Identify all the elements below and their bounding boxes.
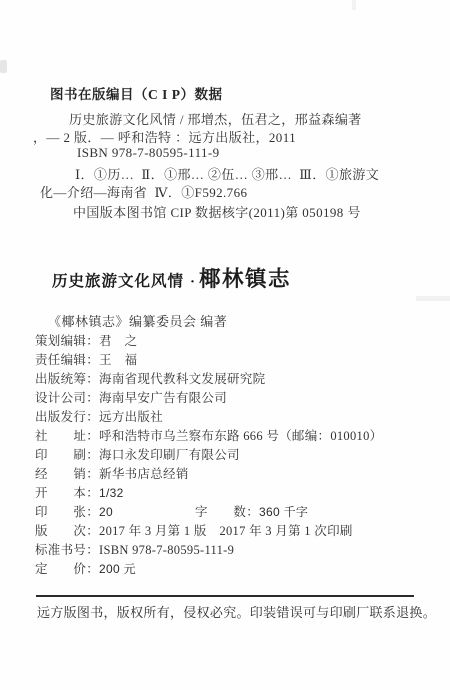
cip-classification-line2: 化—介绍—海南省 Ⅳ．①F592.766 [40,182,247,201]
field-value: 新华书店总经销 [99,467,189,481]
field-value: 2017 年 3 月第 1 版 2017 年 3 月第 1 次印刷 [99,524,353,538]
copyright-notice: 远方版图书，版权所有，侵权必究。印装错误可与印刷厂联系退换。 [37,602,436,621]
colophon-row-address: 社 址：呼和浩特市乌兰察布东路 666 号（邮编：010010） [35,427,425,446]
footer-divider [36,595,414,597]
field-label: 经 销： [35,467,99,481]
field-label: 策划编辑： [35,334,99,348]
field-label: 出版发行： [35,410,99,424]
colophon-row-distributor: 经 销：新华书店总经销 [35,465,425,484]
field-label: 开 本： [35,486,99,500]
cip-classification-line1: Ⅰ．①历… Ⅱ．①邢… ②伍… ③邢… Ⅲ．①旅游文 [75,164,379,183]
series-title: 历史旅游文化风情 [52,269,184,291]
colophon-row-printer: 印 刷：海口永发印刷厂有限公司 [35,446,425,465]
field-value: 王 福 [99,353,137,367]
scan-artifact [352,0,356,10]
field-label: 标准书号： [35,543,99,557]
field-label: 出版统筹： [35,372,99,386]
colophon-row-isbn: 标准书号：ISBN 978-7-80595-111-9 [35,541,425,560]
cip-isbn-line: ISBN 978-7-80595-111-9 [77,145,220,161]
scan-artifact [0,60,7,73]
field-label: 定 价： [35,562,99,576]
field-label: 设计公司： [35,391,99,405]
field-value: 呼和浩特市乌兰察布东路 666 号（邮编：010010） [99,429,382,443]
colophon-row-sheets-and-wordcount: 印 张：20字 数：360 千字 [35,503,425,522]
book-title: 历史旅游文化风情 · 椰林镇志 [52,262,291,293]
book-name: 椰林镇志 [199,262,291,293]
field-label: 责任编辑： [35,353,99,367]
field-label: 印 张： [35,505,99,519]
cip-heading: 图书在版编目（C I P）数据 [50,83,223,103]
field-label: 社 址： [35,429,99,443]
field-label: 版 次： [35,524,99,538]
field-value: 200 元 [99,562,136,576]
field-value: 海南早安广告有限公司 [99,391,227,405]
byline: 《椰林镇志》编纂委员会 编著 [48,311,227,330]
field-label: 字 数： [195,505,259,519]
colophon-row-price: 定 价：200 元 [35,560,425,579]
colophon-row-responsible-editor: 责任编辑：王 福 [35,351,425,370]
field-value: 君 之 [99,334,137,348]
colophon-row-edition: 版 次：2017 年 3 月第 1 版 2017 年 3 月第 1 次印刷 [35,522,425,541]
field-value: 20 [99,505,113,519]
colophon-row-planning-editor: 策划编辑：君 之 [35,332,425,351]
cip-description-line1: 历史旅游文化风情 / 邢增杰，伍君之，邢益森编著 [69,109,362,128]
copyright-page: 图书在版编目（C I P）数据 历史旅游文化风情 / 邢增杰，伍君之，邢益森编著… [0,0,450,690]
field-value: 远方出版社 [99,410,163,424]
field-label: 印 刷： [35,448,99,462]
colophon-row-publisher: 出版发行：远方出版社 [35,408,425,427]
field-value: 海南省现代教科文发展研究院 [99,372,265,386]
word-count-pair: 字 数：360 千字 [195,503,308,522]
field-value: 海口永发印刷厂有限公司 [99,448,240,462]
field-value: 360 千字 [259,505,308,519]
colophon-list: 策划编辑：君 之 责任编辑：王 福 出版统筹：海南省现代教科文发展研究院 设计公… [35,332,425,579]
field-value: 1/32 [99,486,124,500]
colophon-row-publishing-coordinator: 出版统筹：海南省现代教科文发展研究院 [35,370,425,389]
cip-record-number: 中国版本图书馆 CIP 数据核字(2011)第 050198 号 [73,202,361,221]
cip-description-line2: ，— 2 版．— 呼和浩特 ：远方出版社，2011 [33,127,296,146]
scan-artifact [416,296,450,301]
colophon-row-design-company: 设计公司：海南早安广告有限公司 [35,389,425,408]
field-value: ISBN 978-7-80595-111-9 [99,543,234,557]
title-separator-dot: · [190,274,195,291]
colophon-row-format: 开 本：1/32 [35,484,425,503]
